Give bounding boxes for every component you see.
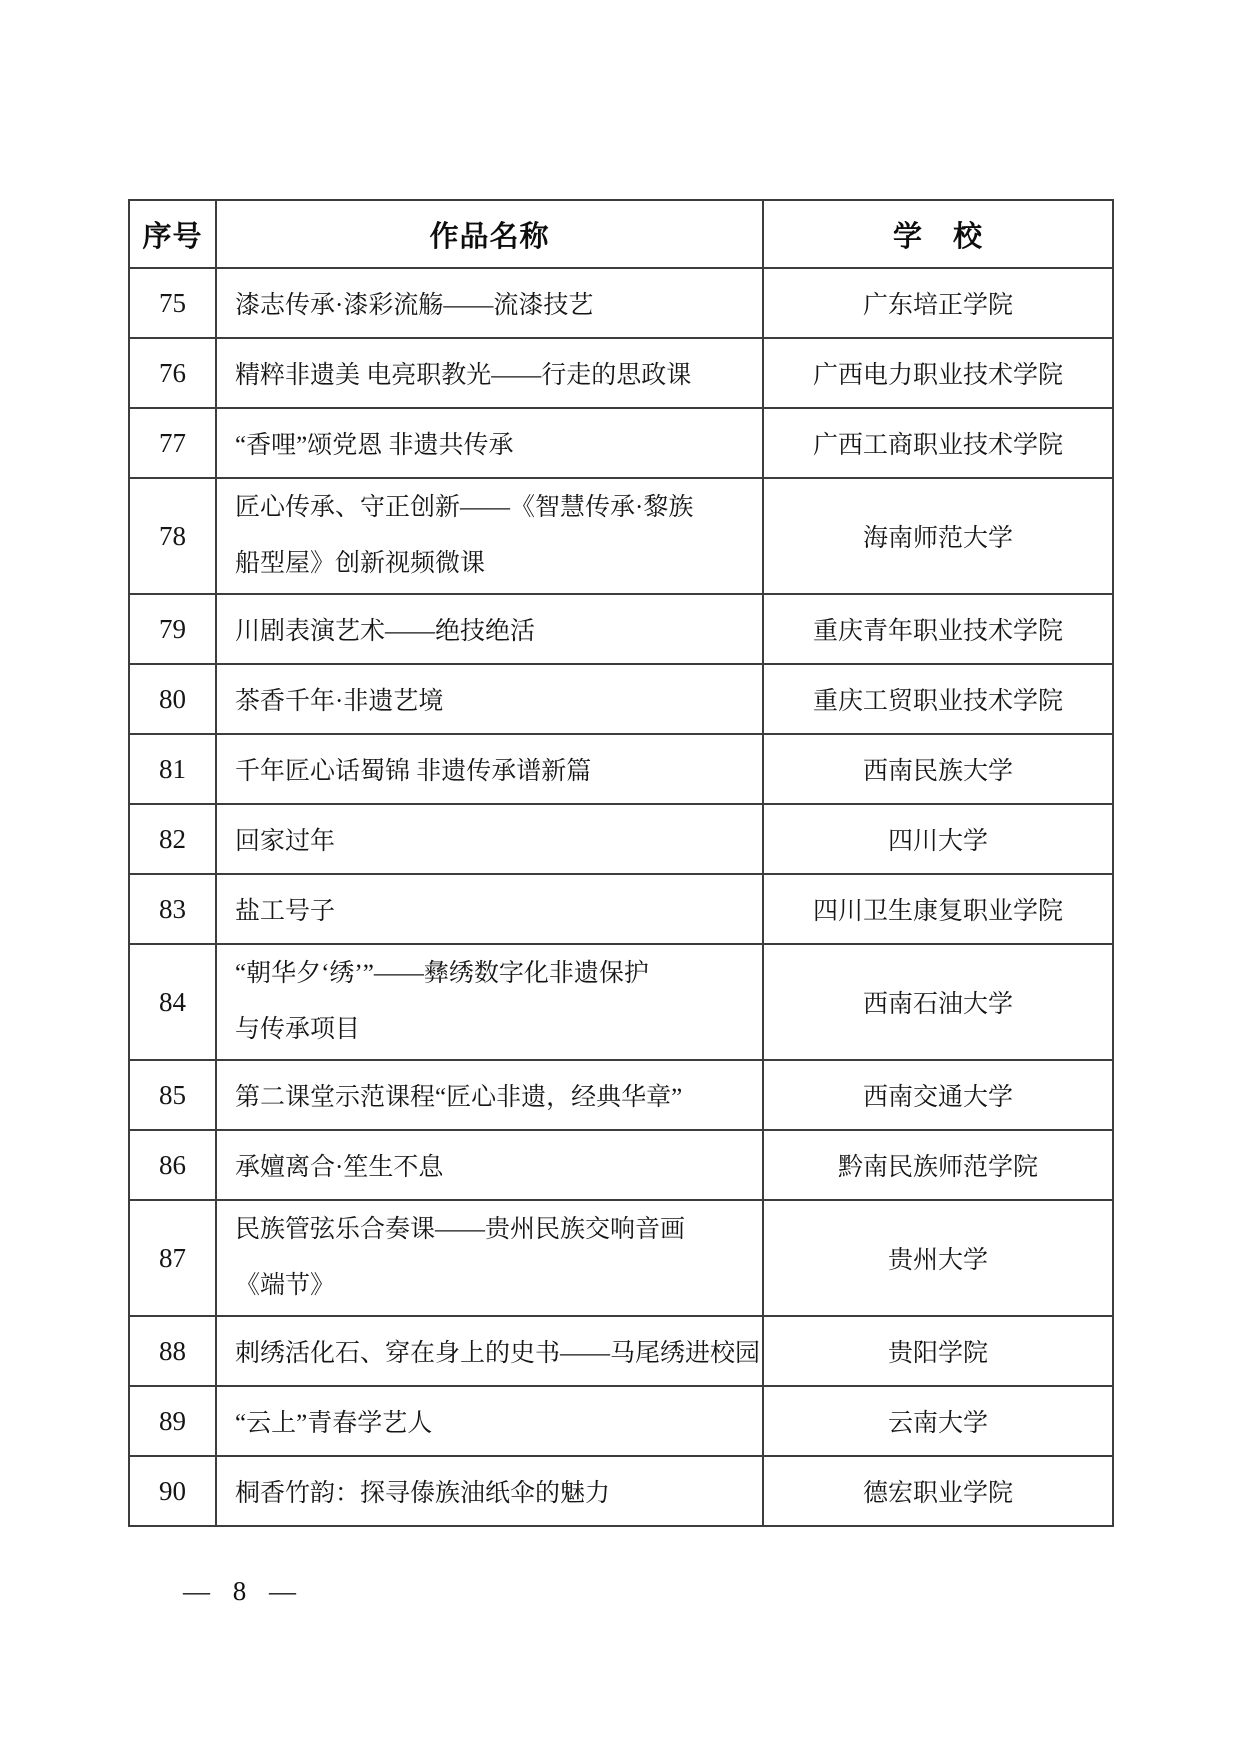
- table-row: 90桐香竹韵：探寻傣族油纸伞的魅力德宏职业学院: [129, 1456, 1113, 1526]
- school-name: 贵州大学: [763, 1200, 1113, 1316]
- row-number: 88: [129, 1316, 216, 1386]
- work-title: 匠心传承、守正创新——《智慧传承·黎族船型屋》创新视频微课: [216, 478, 763, 594]
- work-title: 桐香竹韵：探寻傣族油纸伞的魅力: [216, 1456, 763, 1526]
- row-number: 80: [129, 664, 216, 734]
- work-title-line: 漆志传承·漆彩流觞——流漆技艺: [235, 285, 756, 321]
- school-name: 广东培正学院: [763, 268, 1113, 338]
- table-row: 84“朝华夕‘绣’”——彝绣数字化非遗保护与传承项目西南石油大学: [129, 944, 1113, 1060]
- row-number: 87: [129, 1200, 216, 1316]
- work-title-line: 盐工号子: [235, 891, 756, 927]
- work-title-line: 回家过年: [235, 821, 756, 857]
- row-number: 79: [129, 594, 216, 664]
- header-cell-school: 学 校: [763, 200, 1113, 268]
- work-title-line: 民族管弦乐合奏课——贵州民族交响音画: [235, 1202, 756, 1258]
- work-title: 盐工号子: [216, 874, 763, 944]
- header-cell-title: 作品名称: [216, 200, 763, 268]
- table-row: 75漆志传承·漆彩流觞——流漆技艺广东培正学院: [129, 268, 1113, 338]
- table-row: 87民族管弦乐合奏课——贵州民族交响音画《端节》贵州大学: [129, 1200, 1113, 1316]
- work-title-line: “朝华夕‘绣’”——彝绣数字化非遗保护: [235, 946, 756, 1002]
- table-row: 83盐工号子四川卫生康复职业学院: [129, 874, 1113, 944]
- school-name: 广西电力职业技术学院: [763, 338, 1113, 408]
- school-name: 云南大学: [763, 1386, 1113, 1456]
- school-name: 重庆青年职业技术学院: [763, 594, 1113, 664]
- table-row: 89“云上”青春学艺人云南大学: [129, 1386, 1113, 1456]
- work-title: 民族管弦乐合奏课——贵州民族交响音画《端节》: [216, 1200, 763, 1316]
- table-row: 80茶香千年·非遗艺境重庆工贸职业技术学院: [129, 664, 1113, 734]
- table-row: 79川剧表演艺术——绝技绝活重庆青年职业技术学院: [129, 594, 1113, 664]
- work-title-line: “香哩”颂党恩 非遗共传承: [235, 425, 756, 461]
- row-number: 75: [129, 268, 216, 338]
- row-number: 81: [129, 734, 216, 804]
- table-row: 86承嬗离合·笙生不息黔南民族师范学院: [129, 1130, 1113, 1200]
- row-number: 82: [129, 804, 216, 874]
- table-row: 78匠心传承、守正创新——《智慧传承·黎族船型屋》创新视频微课海南师范大学: [129, 478, 1113, 594]
- table-row: 88刺绣活化石、穿在身上的史书——马尾绣进校园贵阳学院: [129, 1316, 1113, 1386]
- school-name: 西南交通大学: [763, 1060, 1113, 1130]
- school-name: 广西工商职业技术学院: [763, 408, 1113, 478]
- header-cell-no: 序号: [129, 200, 216, 268]
- work-title: 漆志传承·漆彩流觞——流漆技艺: [216, 268, 763, 338]
- table-row: 76精粹非遗美 电亮职教光——行走的思政课广西电力职业技术学院: [129, 338, 1113, 408]
- table-body: 75漆志传承·漆彩流觞——流漆技艺广东培正学院76精粹非遗美 电亮职教光——行走…: [129, 268, 1113, 1526]
- table-row: 77“香哩”颂党恩 非遗共传承广西工商职业技术学院: [129, 408, 1113, 478]
- school-name: 海南师范大学: [763, 478, 1113, 594]
- school-name: 四川卫生康复职业学院: [763, 874, 1113, 944]
- row-number: 78: [129, 478, 216, 594]
- table-row: 85第二课堂示范课程“匠心非遗，经典华章”西南交通大学: [129, 1060, 1113, 1130]
- table-row: 82回家过年四川大学: [129, 804, 1113, 874]
- row-number: 85: [129, 1060, 216, 1130]
- school-name: 德宏职业学院: [763, 1456, 1113, 1526]
- row-number: 86: [129, 1130, 216, 1200]
- table-header-row: 序号 作品名称 学 校: [129, 200, 1113, 268]
- row-number: 90: [129, 1456, 216, 1526]
- work-title-line: 匠心传承、守正创新——《智慧传承·黎族: [235, 480, 756, 536]
- work-title: “云上”青春学艺人: [216, 1386, 763, 1456]
- work-title-line: 与传承项目: [235, 1002, 756, 1058]
- school-name: 贵阳学院: [763, 1316, 1113, 1386]
- school-name: 西南民族大学: [763, 734, 1113, 804]
- work-title: 第二课堂示范课程“匠心非遗，经典华章”: [216, 1060, 763, 1130]
- work-title: 刺绣活化石、穿在身上的史书——马尾绣进校园: [216, 1316, 763, 1386]
- school-name: 黔南民族师范学院: [763, 1130, 1113, 1200]
- work-title-line: 刺绣活化石、穿在身上的史书——马尾绣进校园: [235, 1333, 756, 1369]
- page-number: — 8 —: [183, 1576, 296, 1607]
- work-title-line: 船型屋》创新视频微课: [235, 536, 756, 592]
- work-title-line: 川剧表演艺术——绝技绝活: [235, 611, 756, 647]
- work-title-line: 《端节》: [235, 1258, 756, 1314]
- work-title: 川剧表演艺术——绝技绝活: [216, 594, 763, 664]
- school-name: 四川大学: [763, 804, 1113, 874]
- row-number: 83: [129, 874, 216, 944]
- document-page: 序号 作品名称 学 校 75漆志传承·漆彩流觞——流漆技艺广东培正学院76精粹非…: [0, 0, 1241, 1755]
- work-title-line: 第二课堂示范课程“匠心非遗，经典华章”: [235, 1077, 756, 1113]
- work-title: 茶香千年·非遗艺境: [216, 664, 763, 734]
- work-title: 回家过年: [216, 804, 763, 874]
- awards-table: 序号 作品名称 学 校 75漆志传承·漆彩流觞——流漆技艺广东培正学院76精粹非…: [128, 199, 1114, 1527]
- work-title-line: “云上”青春学艺人: [235, 1403, 756, 1439]
- row-number: 84: [129, 944, 216, 1060]
- work-title: 千年匠心话蜀锦 非遗传承谱新篇: [216, 734, 763, 804]
- row-number: 89: [129, 1386, 216, 1456]
- row-number: 76: [129, 338, 216, 408]
- work-title-line: 精粹非遗美 电亮职教光——行走的思政课: [235, 355, 756, 391]
- row-number: 77: [129, 408, 216, 478]
- work-title: “朝华夕‘绣’”——彝绣数字化非遗保护与传承项目: [216, 944, 763, 1060]
- work-title: 承嬗离合·笙生不息: [216, 1130, 763, 1200]
- work-title: 精粹非遗美 电亮职教光——行走的思政课: [216, 338, 763, 408]
- work-title-line: 承嬗离合·笙生不息: [235, 1147, 756, 1183]
- school-name: 重庆工贸职业技术学院: [763, 664, 1113, 734]
- school-name: 西南石油大学: [763, 944, 1113, 1060]
- work-title: “香哩”颂党恩 非遗共传承: [216, 408, 763, 478]
- table-row: 81千年匠心话蜀锦 非遗传承谱新篇西南民族大学: [129, 734, 1113, 804]
- work-title-line: 千年匠心话蜀锦 非遗传承谱新篇: [235, 751, 756, 787]
- work-title-line: 桐香竹韵：探寻傣族油纸伞的魅力: [235, 1473, 756, 1509]
- work-title-line: 茶香千年·非遗艺境: [235, 681, 756, 717]
